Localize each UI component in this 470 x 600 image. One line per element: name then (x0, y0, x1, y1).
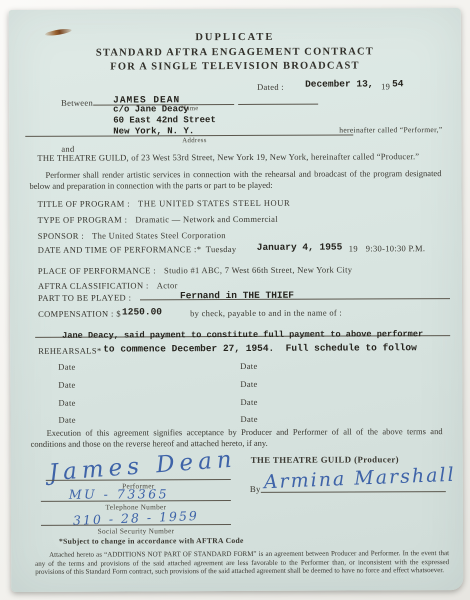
dated-year: 54 (392, 78, 403, 89)
sponsor-value: The United States Steel Corporation (92, 230, 226, 241)
dated-label: Dated : (257, 82, 284, 92)
performer-note: hereinafter called “Performer,” (339, 125, 442, 134)
aftra-footnote: *Subject to change in accordance with AF… (59, 536, 244, 546)
place-label: PLACE OF PERFORMANCE : (38, 265, 156, 276)
by-label: By (250, 484, 261, 494)
datetime-date: January 4, 1955 (257, 242, 343, 253)
classification-value: Actor (157, 280, 178, 290)
scan-background: DUPLICATE STANDARD AFTRA ENGAGEMENT CONT… (0, 0, 470, 600)
rehearsals-value: to commence December 27, 1954. Full sche… (103, 342, 417, 354)
dated-value: December 13, (305, 78, 373, 89)
payee-line: Jane Deacy, said payment to constitute f… (62, 329, 423, 341)
datetime-century: 19 (349, 243, 358, 253)
part-value: Fernand in THE THIEF (180, 290, 294, 301)
rehearsal-date-1-right: Date (240, 361, 257, 371)
datetime-label: DATE AND TIME OF PERFORMANCE :* (38, 244, 202, 255)
name-rule-2 (238, 104, 318, 105)
rehearsal-date-2-left: Date (58, 380, 75, 390)
care-of-line: c/o Jane Deacy (113, 104, 189, 114)
rehearsal-date-3-right: Date (240, 397, 257, 407)
compensation-note: by check, payable to and in the name of … (190, 308, 342, 319)
street-line: 60 East 42nd Street (113, 115, 216, 125)
producer-line: THE THEATRE GUILD, of 23 West 53rd Stree… (37, 151, 419, 163)
intro-paragraph: Performer shall render artistic services… (29, 168, 441, 191)
sponsor-row: SPONSOR : The United States Steel Corpor… (38, 225, 226, 244)
place-value: Studio #1 ABC, 7 West 66th Street, New Y… (164, 264, 352, 275)
rehearsal-date-4-left: Date (58, 415, 75, 425)
title-of-program-label: TITLE OF PROGRAM : (38, 198, 130, 208)
compensation-value: 1250.00 (122, 306, 162, 317)
fine-print-paragraph: Attached hereto as “ADDITIONS NOT PART O… (35, 549, 449, 577)
rehearsal-date-4-right: Date (240, 414, 257, 424)
part-label: PART TO BE PLAYED : (38, 292, 131, 302)
producer-signature-rule (261, 491, 446, 493)
rehearsal-date-2-right: Date (240, 379, 257, 389)
datetime-time: 9:30-10:30 P.M. (366, 243, 426, 253)
rehearsals-label: REHEARSALS* (38, 346, 101, 356)
ssn-label: Social Security Number (41, 526, 231, 536)
type-of-program-label: TYPE OF PROGRAM : (38, 214, 128, 224)
contract-title-line2: FOR A SINGLE TELEVISION BROADCAST (9, 60, 461, 73)
compensation-label: COMPENSATION : $ (38, 309, 121, 319)
type-of-program-value: Dramatic — Network and Commercial (135, 214, 278, 225)
execution-paragraph: Execution of this agreement signifies ac… (31, 426, 443, 449)
classification-row: AFTRA CLASSIFICATION : Actor (38, 275, 178, 294)
producer-signature: Armina Marshall (263, 464, 456, 494)
contract-paper: DUPLICATE STANDARD AFTRA ENGAGEMENT CONT… (9, 8, 464, 592)
rehearsal-date-3-left: Date (58, 398, 75, 408)
dated-century: 19 (381, 81, 390, 91)
between-label: Between (61, 98, 93, 108)
datetime-day: Tuesday (206, 244, 237, 254)
address-field-label: Address (182, 137, 206, 144)
rehearsal-date-1-left: Date (58, 362, 75, 372)
title-of-program-value: THE UNITED STATES STEEL HOUR (138, 198, 290, 209)
contract-title-line1: STANDARD AFTRA ENGAGEMENT CONTRACT (9, 46, 461, 59)
producer-heading: THE THEATRE GUILD (Producer) (251, 454, 399, 465)
classification-label: AFTRA CLASSIFICATION : (38, 280, 149, 290)
sponsor-label: SPONSOR : (38, 231, 84, 241)
duplicate-stamp: DUPLICATE (9, 31, 461, 44)
